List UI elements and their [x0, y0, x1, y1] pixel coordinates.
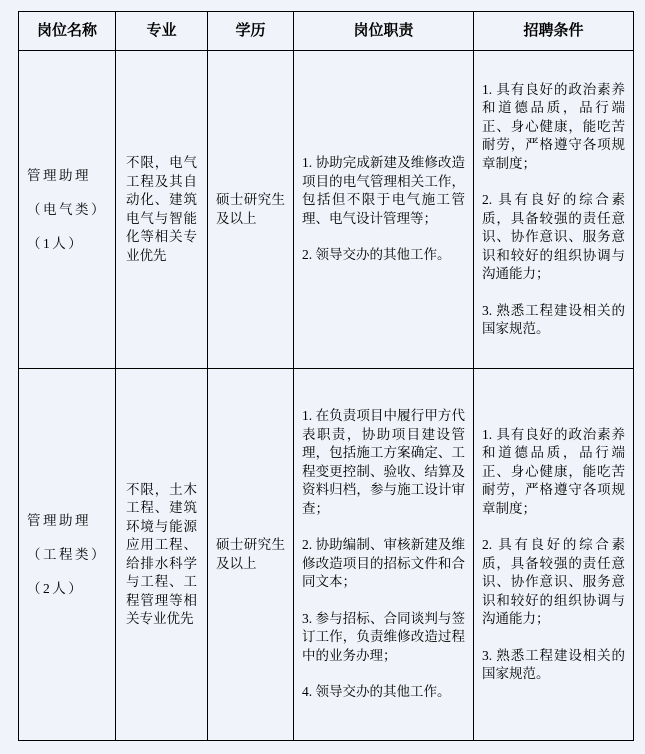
position-title: 管理助理 [27, 504, 107, 538]
recruitment-table: 岗位名称 专业 学历 岗位职责 招聘条件 管理助理 （电气类） （1人） 不限，… [18, 11, 634, 741]
cell-position-engineering: 管理助理 （工程类） （2人） [19, 369, 116, 741]
cell-duties-electrical: 1. 协助完成新建及维修改造项目的电气管理相关工作，包括但不限于电气施工管理、电… [294, 51, 474, 369]
requirement-item: 3. 熟悉工程建设相关的国家规范。 [482, 647, 625, 684]
requirement-item: 1. 具有良好的政治素养和道德品质，品行端正、身心健康，能吃苦耐劳，严格遵守各项… [482, 426, 625, 519]
position-title: 管理助理 [27, 159, 107, 193]
duty-item: 3. 参与招标、合同谈判与签订工作，负责维修改造过程中的业务办理； [302, 610, 465, 666]
table-header-row: 岗位名称 专业 学历 岗位职责 招聘条件 [19, 12, 634, 51]
table-row-electrical: 管理助理 （电气类） （1人） 不限，电气工程及其自动化、建筑电气与智能化等相关… [19, 51, 634, 369]
duty-item: 1. 协助完成新建及维修改造项目的电气管理相关工作，包括但不限于电气施工管理、电… [302, 154, 465, 228]
duty-item: 2. 领导交办的其他工作。 [302, 246, 465, 265]
position-headcount: （2人） [27, 572, 107, 606]
cell-education-engineering: 硕士研究生及以上 [208, 369, 294, 741]
education-text: 硕士研究生及以上 [216, 191, 285, 228]
requirement-item: 3. 熟悉工程建设相关的国家规范。 [482, 302, 625, 339]
column-header-position: 岗位名称 [19, 12, 116, 51]
duty-item: 2. 协助编制、审核新建及维修改造项目的招标文件和合同文本； [302, 536, 465, 592]
duty-item: 4. 领导交办的其他工作。 [302, 683, 465, 702]
cell-major-electrical: 不限，电气工程及其自动化、建筑电气与智能化等相关专业优先 [116, 51, 208, 369]
cell-requirements-engineering: 1. 具有良好的政治素养和道德品质，品行端正、身心健康，能吃苦耐劳，严格遵守各项… [474, 369, 634, 741]
cell-position-electrical: 管理助理 （电气类） （1人） [19, 51, 116, 369]
education-text: 硕士研究生及以上 [216, 536, 285, 573]
position-headcount: （1人） [27, 227, 107, 261]
cell-major-engineering: 不限，土木工程、建筑环境与能源应用工程、给排水科学与工程、工程管理等相关专业优先 [116, 369, 208, 741]
requirement-item: 2. 具有良好的综合素质，具备较强的责任意识、协作意识、服务意识和较好的组织协调… [482, 191, 625, 284]
column-header-major: 专业 [116, 12, 208, 51]
requirement-item: 1. 具有良好的政治素养和道德品质，品行端正、身心健康，能吃苦耐劳，严格遵守各项… [482, 81, 625, 174]
column-header-duties: 岗位职责 [294, 12, 474, 51]
duty-item: 1. 在负责项目中履行甲方代表职责，协助项目建设管理，包括施工方案确定、工程变更… [302, 407, 465, 518]
column-header-requirements: 招聘条件 [474, 12, 634, 51]
position-category: （电气类） [27, 193, 107, 227]
position-category: （工程类） [27, 538, 107, 572]
requirement-item: 2. 具有良好的综合素质，具备较强的责任意识、协作意识、服务意识和较好的组织协调… [482, 536, 625, 629]
table-row-engineering: 管理助理 （工程类） （2人） 不限，土木工程、建筑环境与能源应用工程、给排水科… [19, 369, 634, 741]
cell-education-electrical: 硕士研究生及以上 [208, 51, 294, 369]
major-text: 不限，土木工程、建筑环境与能源应用工程、给排水科学与工程、工程管理等相关专业优先 [126, 481, 197, 629]
cell-duties-engineering: 1. 在负责项目中履行甲方代表职责，协助项目建设管理，包括施工方案确定、工程变更… [294, 369, 474, 741]
cell-requirements-electrical: 1. 具有良好的政治素养和道德品质，品行端正、身心健康，能吃苦耐劳，严格遵守各项… [474, 51, 634, 369]
major-text: 不限，电气工程及其自动化、建筑电气与智能化等相关专业优先 [126, 154, 197, 265]
column-header-education: 学历 [208, 12, 294, 51]
